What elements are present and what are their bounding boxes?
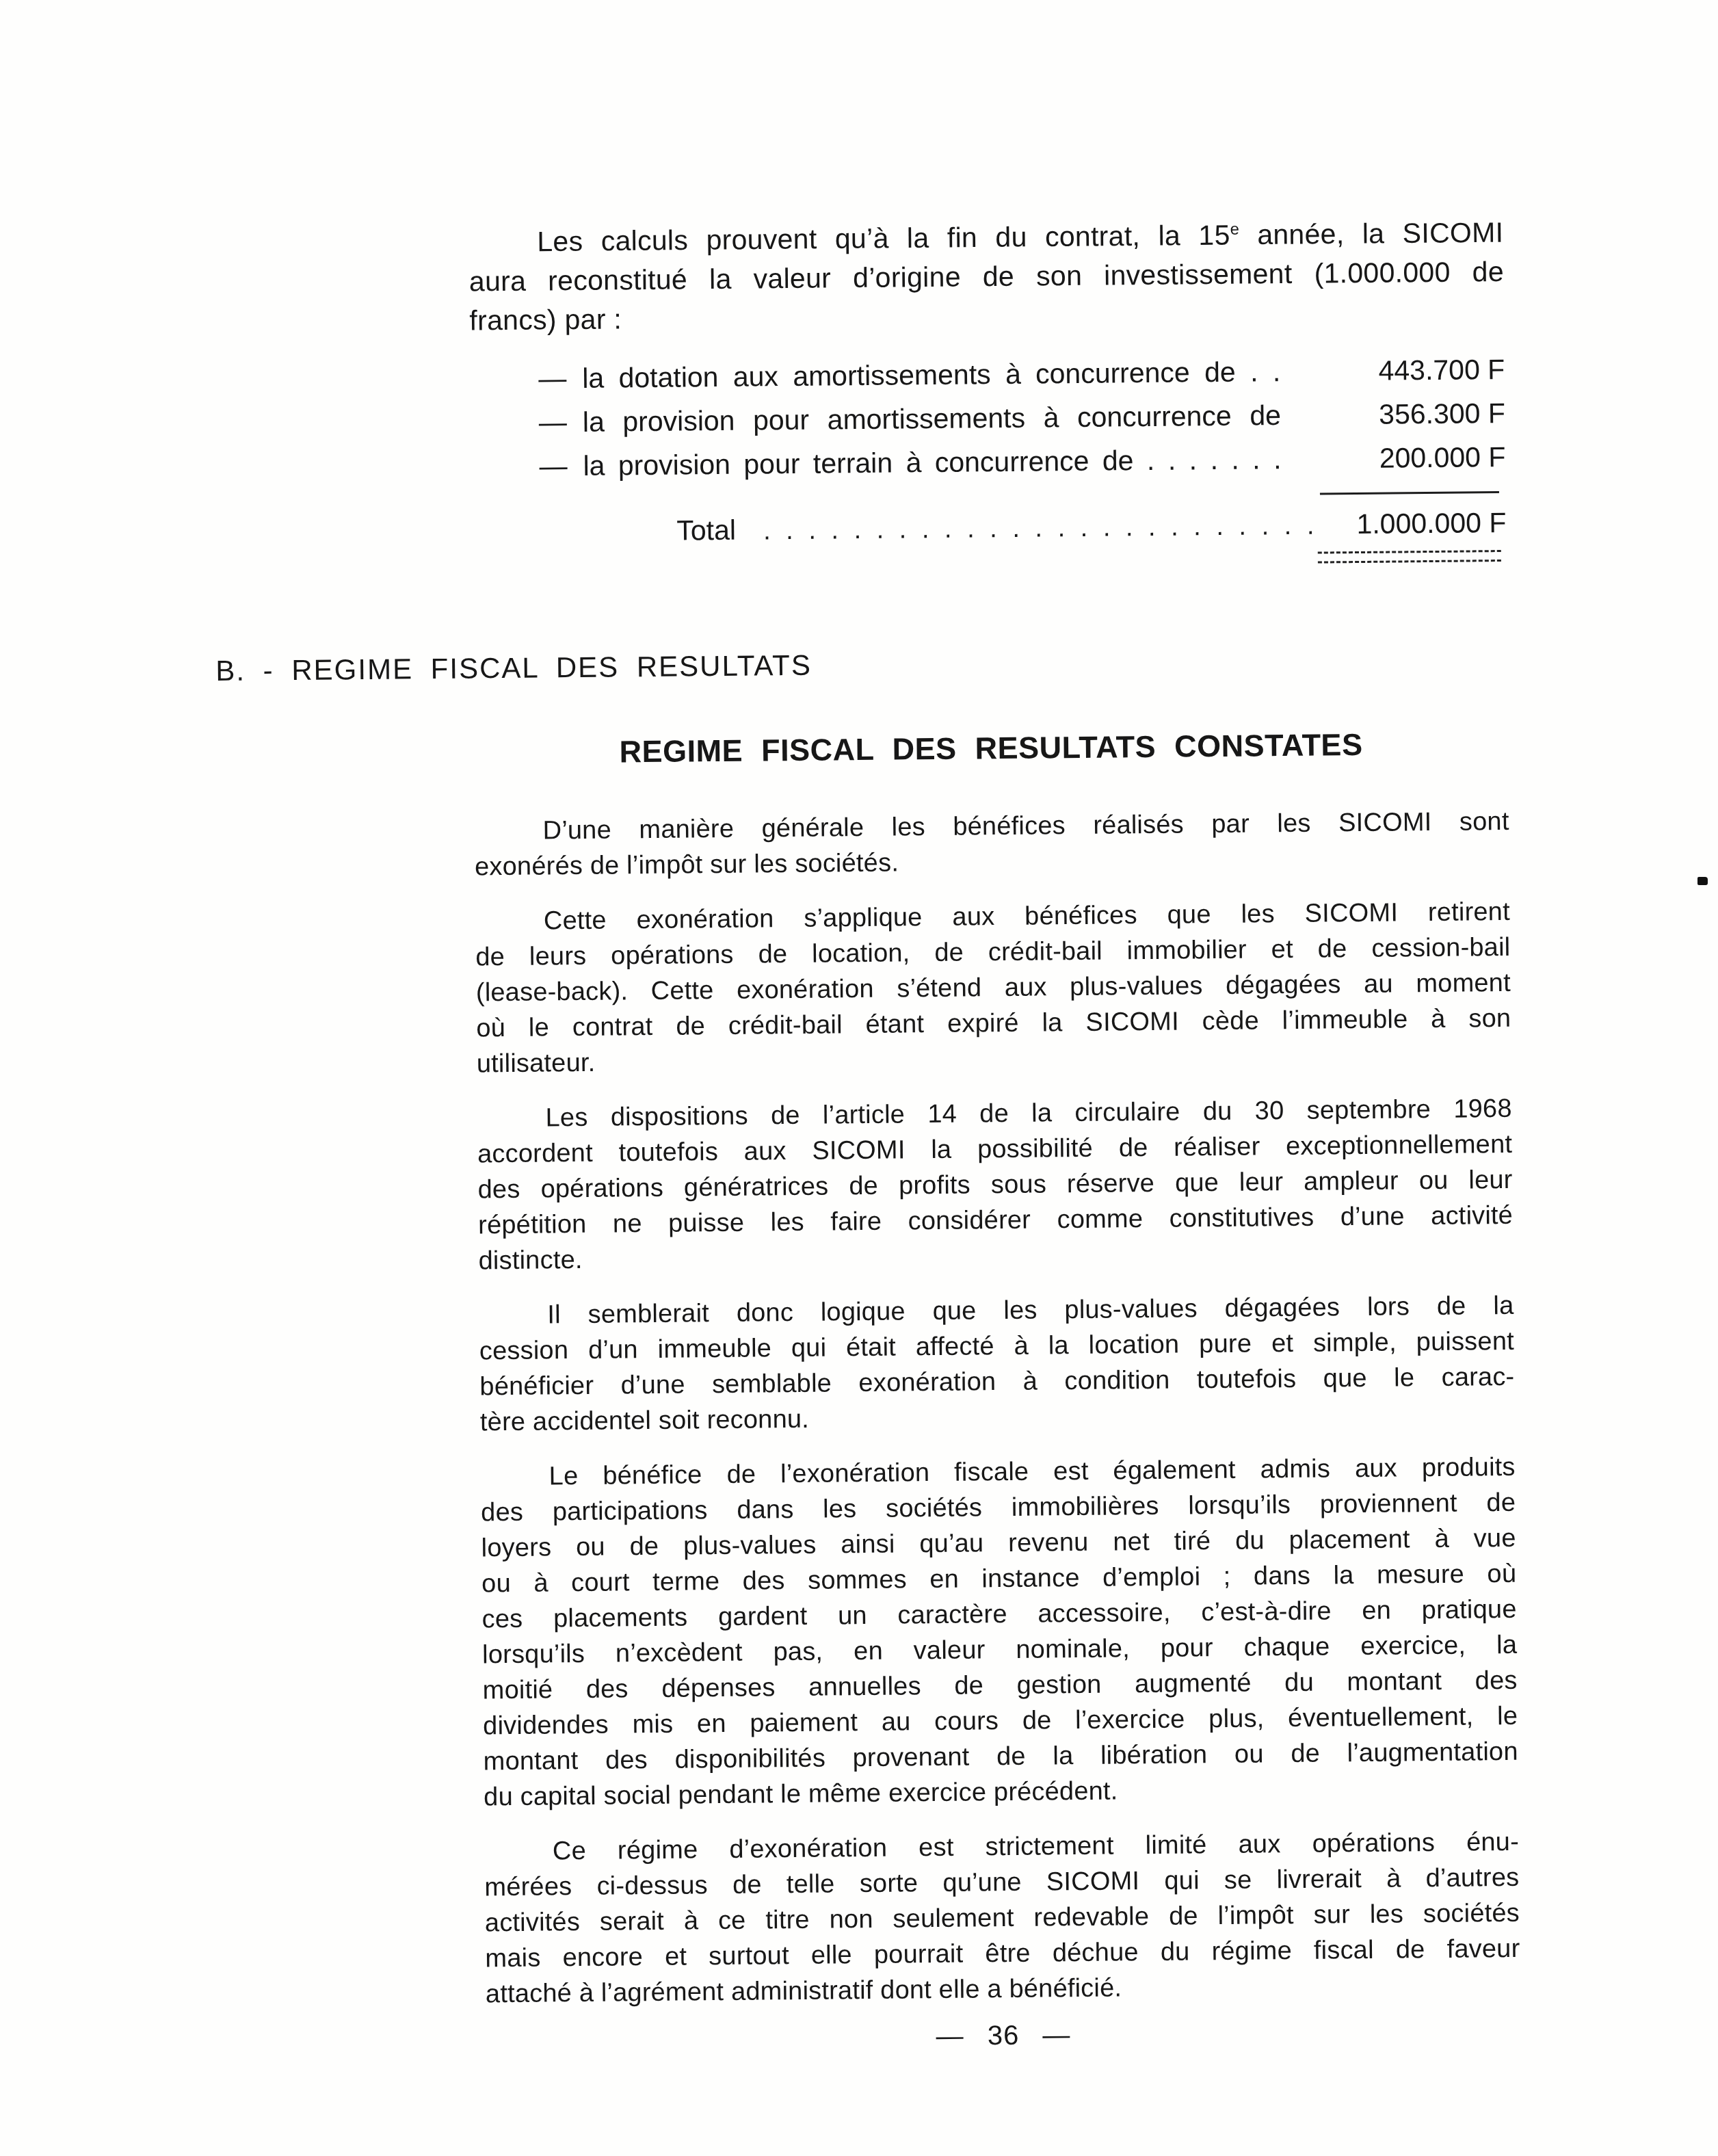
paragraph: D’une manière générale les bénéfices réa…: [474, 804, 1509, 885]
dash-bullet: —: [538, 363, 582, 395]
total-row: Total . . . . . . . . . . . . . . . . . …: [540, 507, 1506, 549]
paragraph: Cette exonération s’applique aux bénéfic…: [475, 894, 1511, 1082]
ink-speck-artifact: [1697, 877, 1708, 885]
total-label: Total: [676, 514, 736, 547]
dash-bullet: —: [539, 450, 583, 483]
body-text: D’une manière générale les bénéfices réa…: [474, 804, 1520, 2012]
page-number: — 36 —: [486, 2016, 1520, 2057]
dash-bullet: —: [539, 406, 583, 439]
document-page: Les calculs prouvent qu’à la fin du cont…: [0, 0, 1718, 2156]
ordinal-superscript: e: [1230, 220, 1239, 239]
list-item: — la dotation aux amortissements à concu…: [538, 354, 1505, 395]
paragraph: Ce régime d’exonération est strictement …: [484, 1824, 1520, 2012]
item-label: la provision pour terrain à concurrence …: [583, 443, 1319, 482]
breakdown-list: — la dotation aux amortissements à concu…: [538, 354, 1507, 571]
list-item: — la provision pour terrain à concurrenc…: [539, 441, 1505, 483]
intro-paragraph: Les calculs prouvent qu’à la fin du cont…: [468, 207, 1505, 340]
item-label: la dotation aux amortissements à concurr…: [582, 355, 1319, 394]
total-double-rule: [1318, 550, 1501, 564]
paragraph: Le bénéfice de l’exonération fiscale est…: [480, 1449, 1518, 1815]
paragraph: Il semblerait donc logique que les plus-…: [479, 1288, 1515, 1441]
item-amount: 200.000 F: [1319, 441, 1505, 475]
subsection-heading: REGIME FISCAL DES RESULTATS CONSTATES: [473, 726, 1508, 772]
item-amount: 443.700 F: [1319, 354, 1505, 388]
list-item: — la provision pour amortissements à con…: [539, 397, 1505, 439]
item-label: la provision pour amortissements à concu…: [583, 399, 1319, 438]
paragraph: Les dispositions de l’article 14 de la c…: [477, 1091, 1513, 1279]
intro-line1-pre: Les calculs prouvent qu’à la fin du cont…: [537, 219, 1230, 257]
item-amount: 356.300 F: [1319, 397, 1505, 432]
dot-leader: . . . . . . . . . . . . . . . . . . . . …: [736, 511, 1321, 546]
intro-line1-post: année, la SICOMI: [1239, 217, 1504, 251]
total-amount: 1.000.000 F: [1320, 507, 1506, 541]
section-heading: B. - REGIME FISCAL DES RESULTATS: [215, 640, 1718, 687]
scanned-text-block: Les calculs prouvent qu’à la fin du cont…: [0, 0, 1718, 2061]
subtotal-rule: [1320, 491, 1499, 495]
